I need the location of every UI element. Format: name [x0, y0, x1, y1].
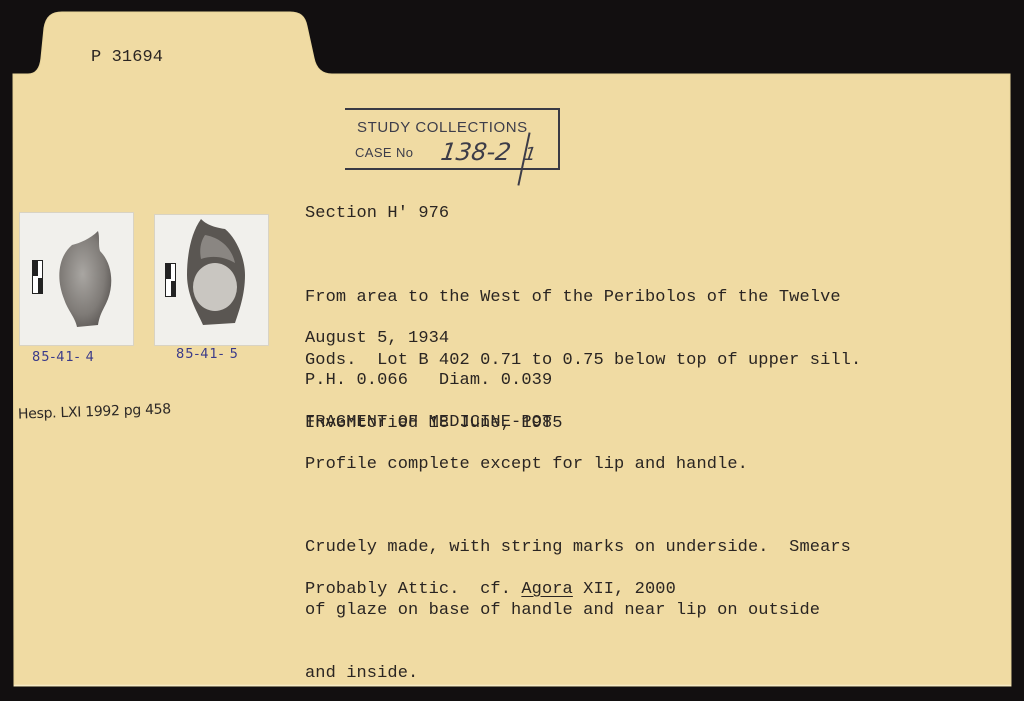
photo-interior	[155, 215, 268, 345]
pot-interior-image	[155, 215, 268, 345]
attribution-line: Probably Attic. cf. Agora XII, 2000	[305, 580, 676, 599]
photo-exterior	[20, 213, 133, 345]
reference-title: Agora	[521, 580, 573, 599]
description-line: Crudely made, with string marks on under…	[305, 537, 851, 558]
attribution-prefix: Probably Attic. cf.	[305, 580, 521, 599]
provenance-line: From area to the West of the Peribolos o…	[305, 287, 861, 308]
photo-label-2: 85-41- 5	[176, 347, 239, 362]
stamp-title: STUDY COLLECTIONS	[357, 119, 528, 136]
section-line: Section H' 976	[305, 204, 449, 223]
excavation-date: August 5, 1934	[305, 329, 449, 348]
catalog-number: P 31694	[91, 48, 163, 67]
photo-label-1: 85-41- 4	[32, 350, 95, 365]
study-collections-stamp: STUDY COLLECTIONS CASE No 138-21	[345, 108, 560, 170]
object-title: FRAGMENT OF MEDICINE-POT	[305, 413, 552, 432]
provenance-line: Gods. Lot B 402 0.71 to 0.75 below top o…	[305, 350, 861, 371]
condition-line: Profile complete except for lip and hand…	[305, 455, 748, 474]
stamp-case-label: CASE No	[355, 145, 413, 160]
description-line: of glaze on base of handle and near lip …	[305, 600, 851, 621]
pot-exterior-image	[20, 213, 133, 345]
dimensions: P.H. 0.066 Diam. 0.039	[305, 371, 552, 390]
description-line: and inside.	[305, 663, 851, 684]
reference-suffix: XII, 2000	[573, 580, 676, 599]
case-number-main: 138-2	[439, 138, 513, 166]
